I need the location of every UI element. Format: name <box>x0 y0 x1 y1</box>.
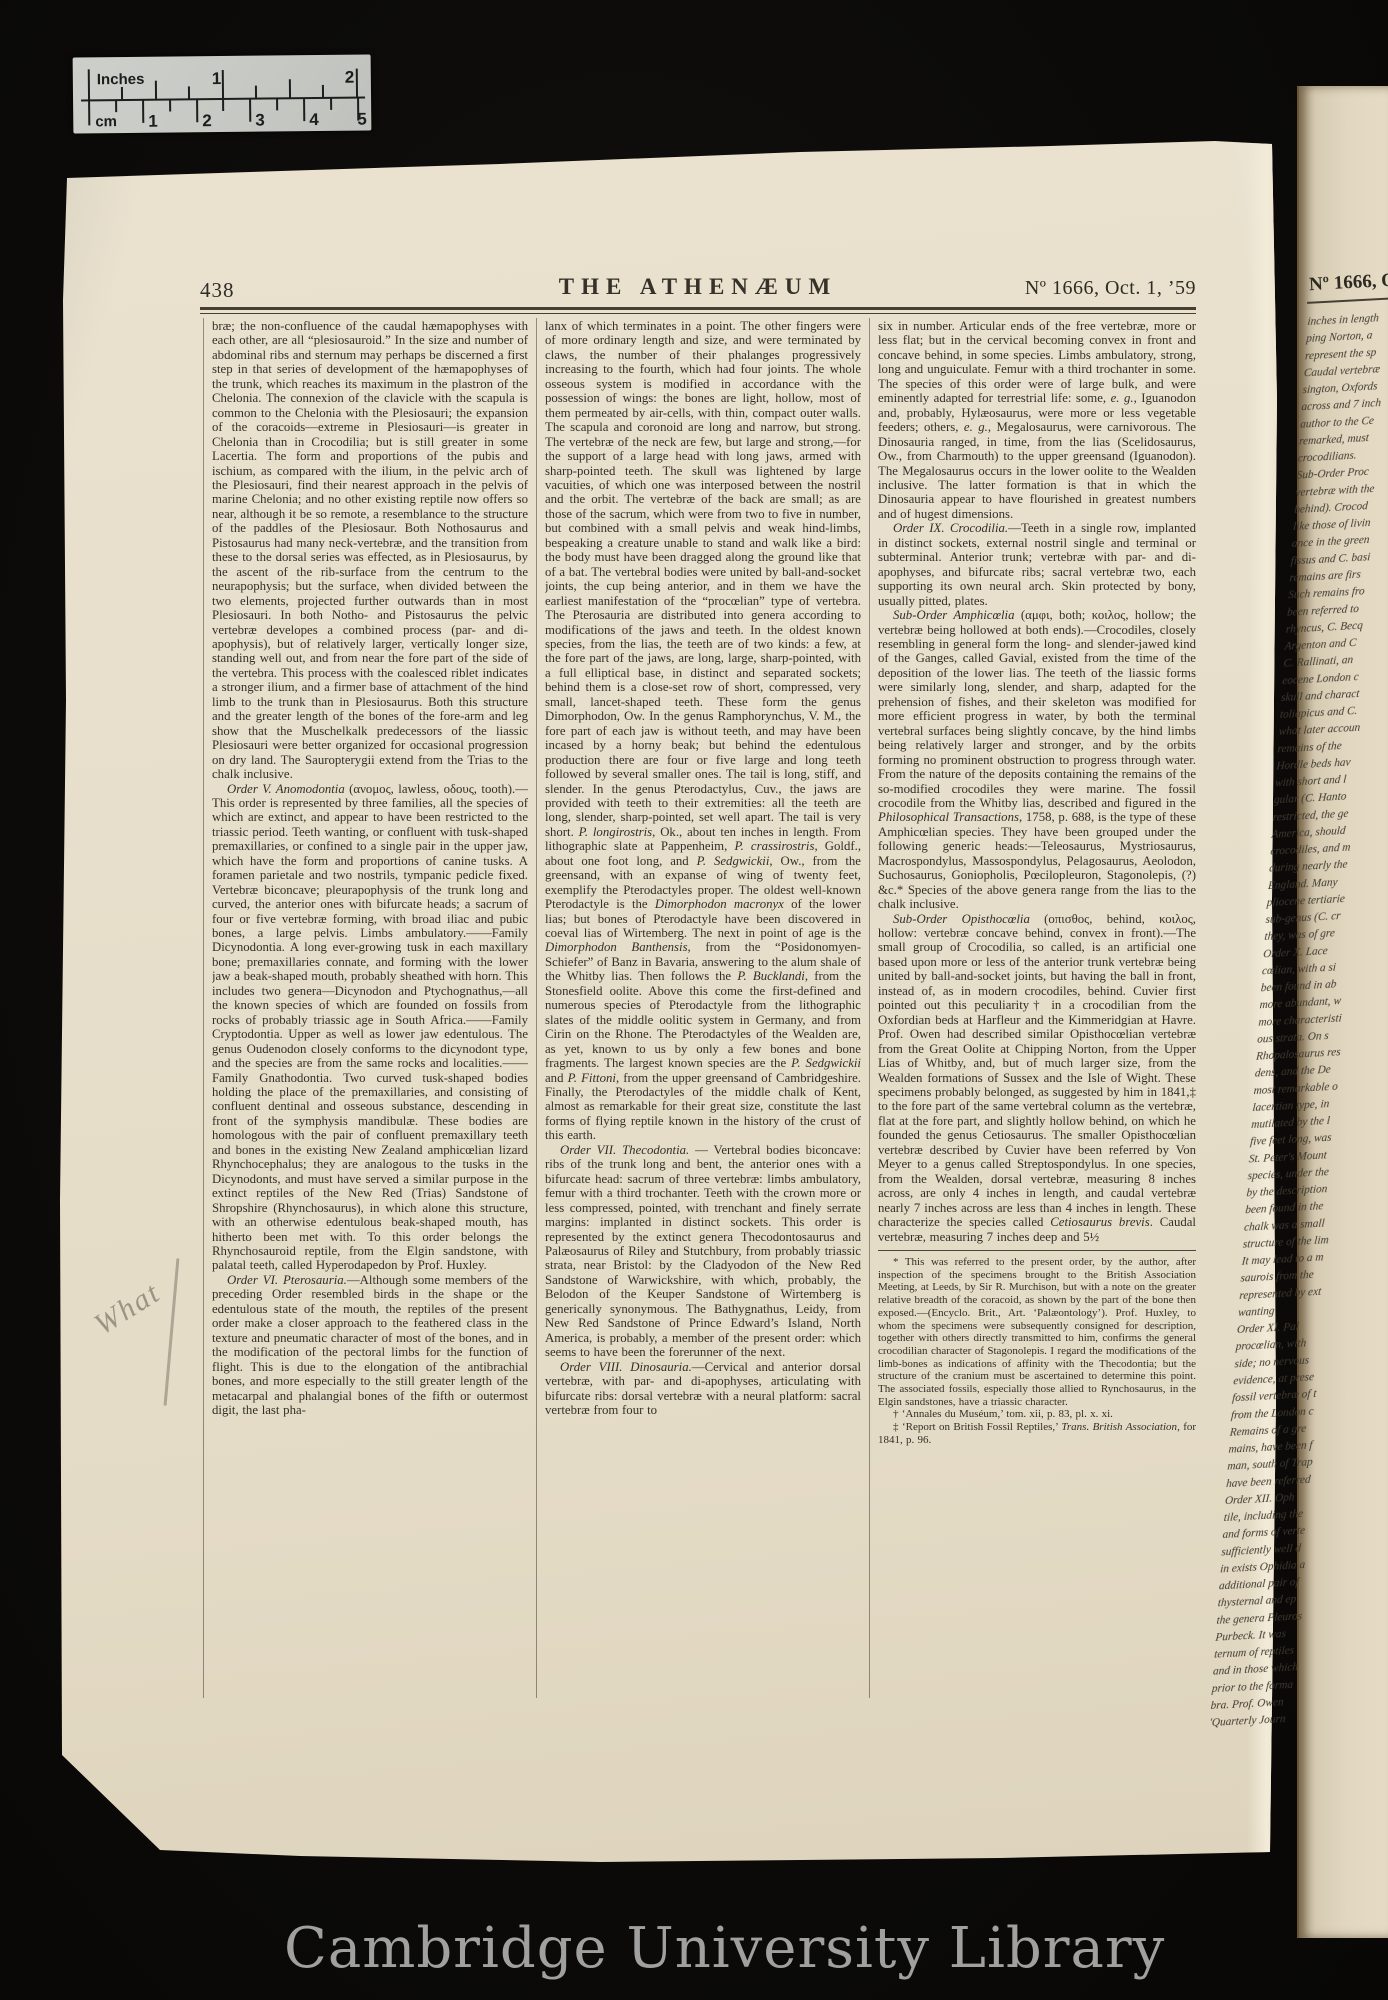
footnote: ‡ ‘Report on British Fossil Reptiles,’ T… <box>878 1421 1196 1446</box>
ruler-cm-number: 1 <box>148 112 158 131</box>
column-rule <box>536 318 537 1698</box>
text-column-1: bræ; the non-confluence of the caudal hæ… <box>212 319 528 1705</box>
ruler-cm-number: 2 <box>202 111 212 130</box>
facing-page-issue-fragment: Nº 1666, O <box>1309 264 1388 296</box>
column-3-body: six in number. Articular ends of the fre… <box>878 319 1196 1244</box>
paragraph: Order VII. Thecodontia. — Vertebral bodi… <box>545 1143 861 1360</box>
ruler-inches-label: Inches <box>97 71 145 88</box>
library-watermark: Cambridge University Library <box>284 1916 1134 1981</box>
paragraph: lanx of which terminates in a point. The… <box>545 319 861 1143</box>
ruler-cm-number: 4 <box>309 110 319 129</box>
scanned-page-photo: Inches 1 2 cm 1 2 3 4 5 438 THE ATHENÆUM… <box>0 0 1388 2000</box>
ruler-cm-number: 5 <box>357 109 367 128</box>
ruler-inch-number: 2 <box>345 68 355 87</box>
issue-number-date: Nº 1666, Oct. 1, ’59 <box>200 277 1196 300</box>
paragraph: Order IX. Crocodilia.—Teeth in a single … <box>878 521 1196 608</box>
column-rule <box>203 318 204 1698</box>
paragraph: Order VI. Pterosauria.—Although some mem… <box>212 1273 528 1418</box>
paragraph: Order VIII. Dinosauria.—Cervical and ant… <box>545 1360 861 1418</box>
ruler-cm-number: 3 <box>255 111 265 130</box>
header-rule <box>200 307 1196 310</box>
paragraph: bræ; the non-confluence of the caudal hæ… <box>212 319 528 782</box>
measurement-ruler: Inches 1 2 cm 1 2 3 4 5 <box>73 54 372 133</box>
paragraph: Order V. Anomodontia (ανομος, lawless, ο… <box>212 782 528 1273</box>
ruler-inch-number: 1 <box>212 69 222 88</box>
facing-page-header-rule <box>1307 296 1388 304</box>
header-rule <box>200 313 1196 314</box>
column-rule <box>869 318 870 1698</box>
footnotes: * This was referred to the present order… <box>878 1256 1196 1447</box>
facing-page-edge: Nº 1666, O inches in lengthping Norton, … <box>1297 86 1388 1938</box>
footnote: * This was referred to the present order… <box>878 1256 1196 1408</box>
paragraph: Sub-Order Amphicœlia (αμφι, both; κοιλος… <box>878 608 1196 912</box>
ruler-cm-label: cm <box>95 113 117 130</box>
text-column-3: six in number. Articular ends of the fre… <box>878 319 1196 1705</box>
footnote-rule <box>878 1250 1196 1251</box>
text-column-2: lanx of which terminates in a point. The… <box>545 319 861 1705</box>
ruler-scale: Inches 1 2 cm 1 2 3 4 5 <box>73 54 372 133</box>
text-line: inches in length <box>1307 305 1388 331</box>
journal-page: 438 THE ATHENÆUM Nº 1666, Oct. 1, ’59 br… <box>55 135 1283 1865</box>
paragraph: Sub-Order Opisthocœlia (οπισθος, behind,… <box>878 912 1196 1244</box>
footnote: † ‘Annales du Muséum,’ tom. xii, p. 83, … <box>878 1408 1196 1421</box>
paragraph: six in number. Articular ends of the fre… <box>878 319 1196 521</box>
